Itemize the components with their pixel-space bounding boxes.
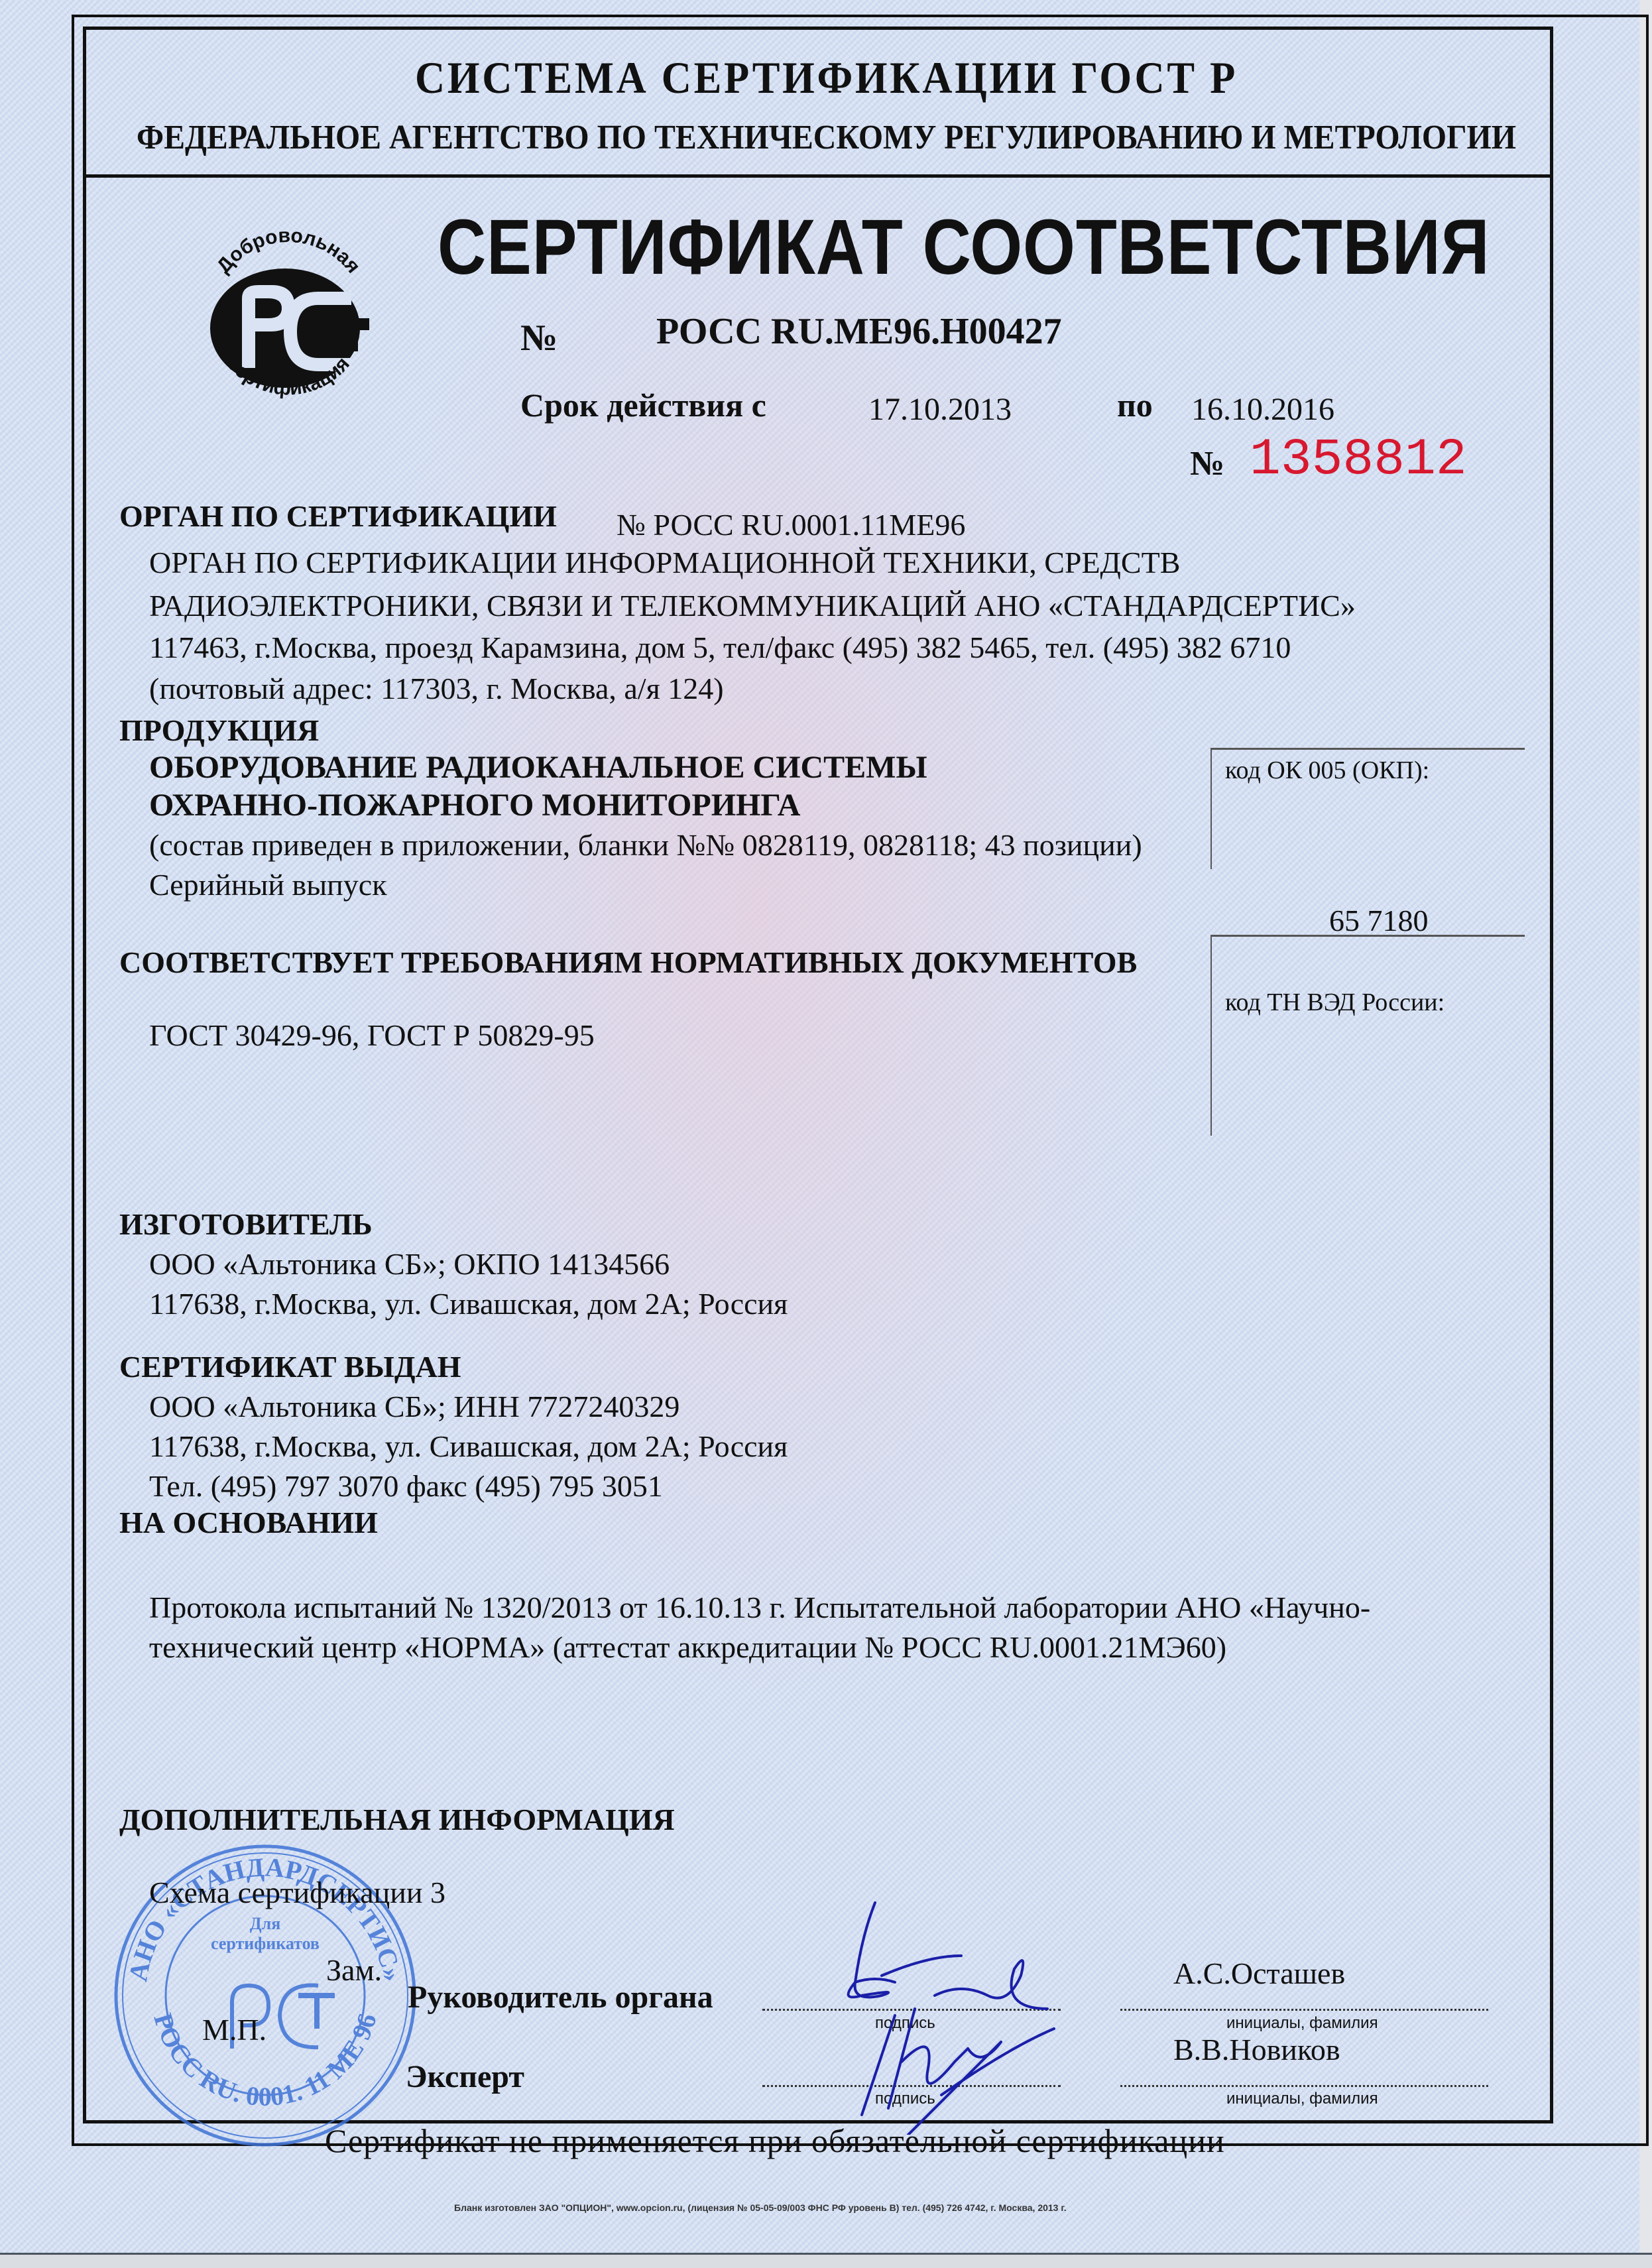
- handwritten-signatures-icon: [835, 1896, 1180, 2135]
- deputy-prefix: Зам.: [326, 1952, 382, 1988]
- head-of-body-name: А.С.Осташев: [1173, 1956, 1345, 1991]
- compliance-standards: ГОСТ 30429-96, ГОСТ Р 50829-95: [149, 1018, 595, 1053]
- manufacturer-line: 117638, г.Москва, ул. Сивашская, дом 2А;…: [149, 1286, 788, 1321]
- product-name-line: ОБОРУДОВАНИЕ РАДИОКАНАЛЬНОЕ СИСТЕМЫ: [149, 749, 927, 786]
- serial-number-sign: №: [1190, 444, 1224, 483]
- certificate-title: СЕРТИФИКАТ СООТВЕТСТВИЯ: [438, 202, 1490, 292]
- compliance-heading: СООТВЕТСТВУЕТ ТРЕБОВАНИЯМ НОРМАТИВНЫХ ДО…: [119, 945, 1137, 980]
- valid-from-date: 17.10.2013: [868, 391, 1012, 428]
- certification-body-accreditation: № РОСС RU.0001.11МЕ96: [617, 507, 965, 542]
- certification-system-title: СИСТЕМА СЕРТИФИКАЦИИ ГОСТ Р: [66, 52, 1587, 104]
- expert-name-caption: инициалы, фамилия: [1226, 2090, 1378, 2108]
- rst-logo-icon: Добровольная сертификация: [186, 219, 391, 418]
- issued-to-line: Тел. (495) 797 3070 факс (495) 795 3051: [149, 1468, 663, 1504]
- certification-body-line: ОРГАН ПО СЕРТИФИКАЦИИ ИНФОРМАЦИОННОЙ ТЕХ…: [149, 545, 1180, 580]
- tnved-code-label: код ТН ВЭД России:: [1225, 988, 1445, 1017]
- header-divider: [83, 174, 1553, 178]
- basis-line: технический центр «НОРМА» (аттестат аккр…: [149, 1630, 1226, 1665]
- scan-margin-bottom: [0, 2253, 1652, 2268]
- basis-line: Протокола испытаний № 1320/2013 от 16.10…: [149, 1590, 1370, 1625]
- product-name-line: ОХРАННО-ПОЖАРНОГО МОНИТОРИНГА: [149, 787, 800, 823]
- blank-serial-number: 1358812: [1250, 431, 1467, 489]
- okp-code-label: код ОК 005 (ОКП):: [1225, 756, 1429, 785]
- validity-label: Срок действия с: [520, 386, 766, 424]
- svg-text:Для: Для: [250, 1914, 281, 1933]
- issued-to-heading: СЕРТИФИКАТ ВЫДАН: [119, 1349, 461, 1384]
- expert-name: В.В.Новиков: [1173, 2032, 1340, 2067]
- blank-printer-imprint: Бланк изготовлен ЗАО "ОПЦИОН", www.opcio…: [454, 2202, 1067, 2213]
- issued-to-line: 117638, г.Москва, ул. Сивашская, дом 2А;…: [149, 1429, 788, 1464]
- manufacturer-heading: ИЗГОТОВИТЕЛЬ: [119, 1207, 373, 1242]
- expert-role: Эксперт: [406, 2059, 524, 2095]
- valid-to-label: по: [1117, 386, 1153, 424]
- certificate-number-sign: №: [520, 317, 558, 359]
- additional-info-heading: ДОПОЛНИТЕЛЬНАЯ ИНФОРМАЦИЯ: [119, 1802, 675, 1837]
- voluntary-certification-notice: Сертификат не применяется при обязательн…: [325, 2121, 1225, 2160]
- manufacturer-line: ООО «Альтоника СБ»; ОКПО 14134566: [149, 1246, 670, 1282]
- product-composition: (состав приведен в приложении, бланки №№…: [149, 827, 1142, 863]
- svg-text:сертификатов: сертификатов: [211, 1934, 320, 1953]
- agency-name: ФЕДЕРАЛЬНОЕ АГЕНТСТВО ПО ТЕХНИЧЕСКОМУ РЕ…: [66, 118, 1587, 157]
- certificate-number: РОСС RU.МЕ96.Н00427: [656, 310, 1062, 353]
- tnved-code-box: [1210, 935, 1525, 1136]
- issued-to-line: ООО «Альтоника СБ»; ИНН 7727240329: [149, 1389, 679, 1424]
- product-production-type: Серийный выпуск: [149, 867, 387, 902]
- certification-body-line: (почтовый адрес: 117303, г. Москва, а/я …: [149, 671, 724, 706]
- seal-label: М.П.: [202, 2012, 266, 2047]
- head-name-caption: инициалы, фамилия: [1226, 2014, 1378, 2033]
- okp-code-value: 65 7180: [1329, 903, 1429, 938]
- certification-body-line: 117463, г.Москва, проезд Карамзина, дом …: [149, 630, 1291, 665]
- head-of-body-role: Руководитель органа: [408, 1979, 713, 2015]
- valid-to-date: 16.10.2016: [1191, 391, 1334, 428]
- basis-heading: НА ОСНОВАНИИ: [119, 1505, 378, 1540]
- certification-scheme: Схема сертификации 3: [149, 1875, 445, 1910]
- product-heading: ПРОДУКЦИЯ: [119, 713, 319, 748]
- certification-body-line: РАДИОЭЛЕКТРОНИКИ, СВЯЗИ И ТЕЛЕКОММУНИКАЦ…: [149, 588, 1356, 623]
- certification-body-heading: ОРГАН ПО СЕРТИФИКАЦИИ: [119, 499, 557, 534]
